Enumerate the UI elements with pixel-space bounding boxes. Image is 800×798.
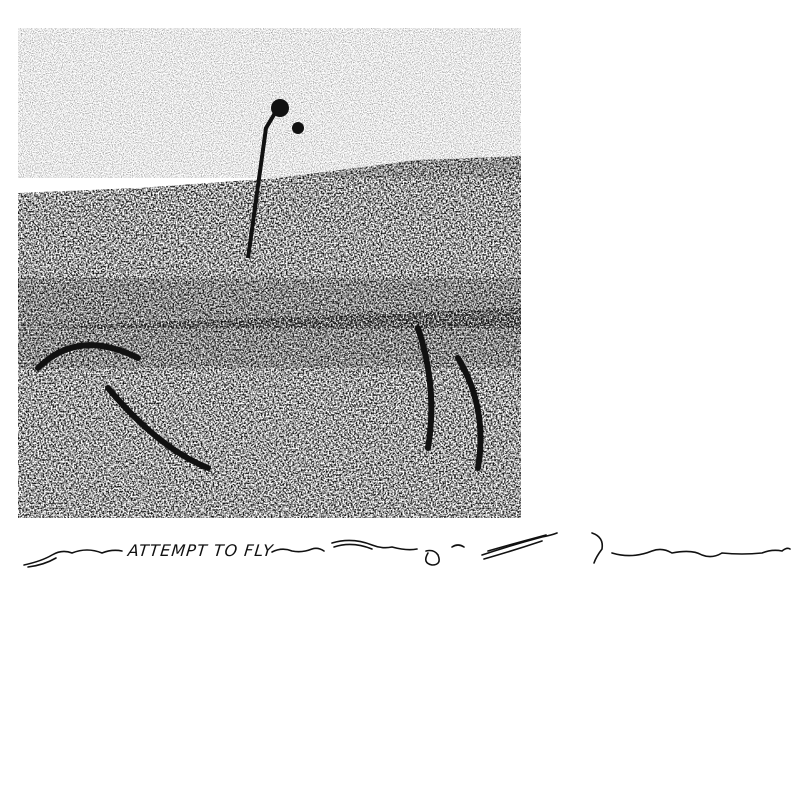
landscape-illustration	[18, 28, 521, 518]
handwritten-caption: ATTEMPT TO FLY	[22, 525, 792, 575]
artwork-image	[18, 28, 521, 518]
caption-text: ATTEMPT TO FLY	[127, 541, 275, 560]
